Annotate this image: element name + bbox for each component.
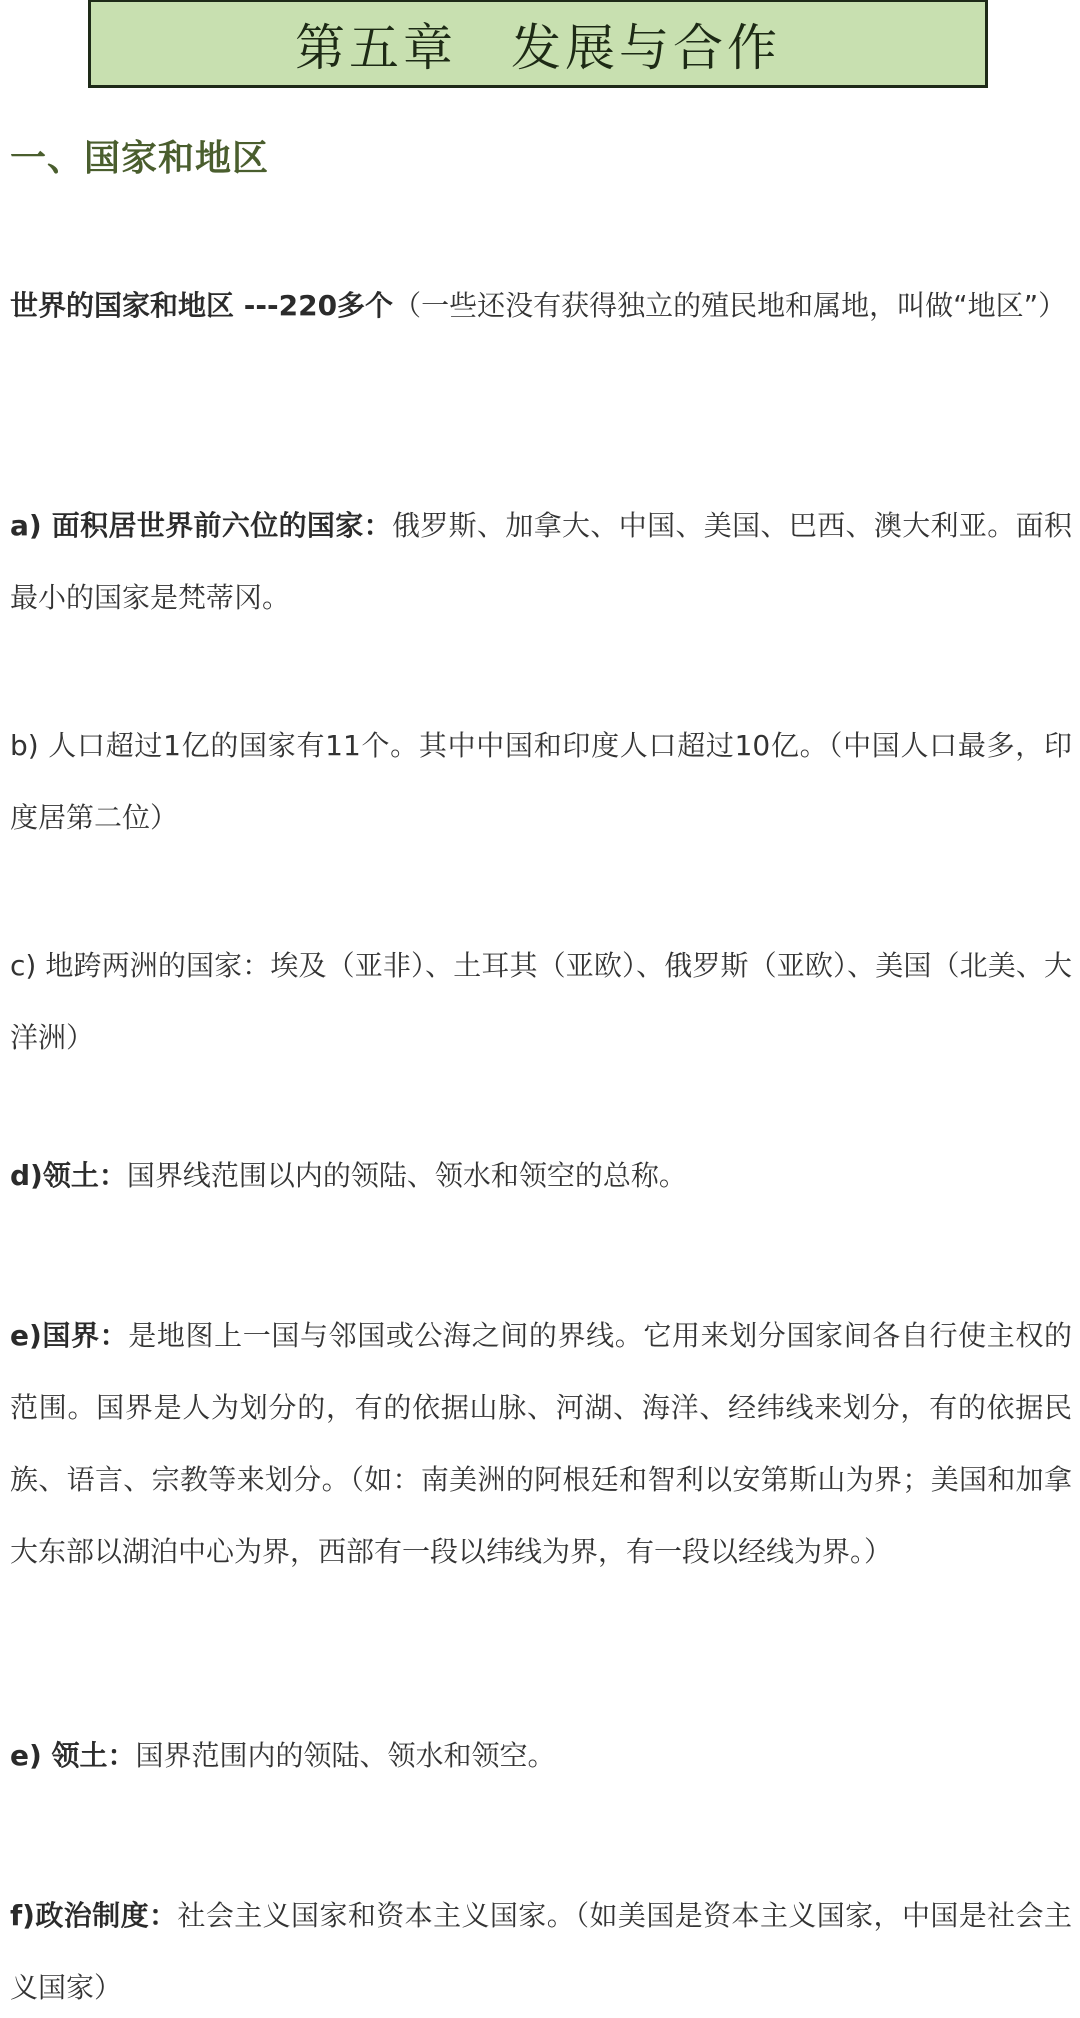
paragraph-lead: d)领土： xyxy=(10,1159,127,1192)
paragraph-territory-scope: e) 领土：国界范围内的领陆、领水和领空。 xyxy=(10,1720,1072,1792)
paragraph-area-ranking: a) 面积居世界前六位的国家：俄罗斯、加拿大、中国、美国、巴西、澳大利亚。面积最… xyxy=(10,490,1072,634)
paragraph-political-system: f)政治制度：社会主义国家和资本主义国家。（如美国是资本主义国家，中国是社会主义… xyxy=(10,1880,1072,2018)
paragraph-body: 国界线范围以内的领陆、领水和领空的总称。 xyxy=(127,1159,687,1192)
section-heading: 一、国家和地区 xyxy=(10,130,269,181)
paragraph-border-definition: e)国界：是地图上一国与邻国或公海之间的界线。它用来划分国家间各自行使主权的范围… xyxy=(10,1300,1072,1588)
chapter-title-banner: 第五章 发展与合作 xyxy=(88,0,988,88)
paragraph-lead: e)国界： xyxy=(10,1319,128,1352)
paragraph-population: b) 人口超过1亿的国家有11个。其中中国和印度人口超过10亿。（中国人口最多，… xyxy=(10,710,1072,854)
paragraph-body: c) 地跨两洲的国家：埃及（亚非）、土耳其（亚欧）、俄罗斯（亚欧）、美国（北美、… xyxy=(10,949,1072,1054)
paragraph-lead: 世界的国家和地区 ---220多个 xyxy=(10,289,393,322)
paragraph-body: b) 人口超过1亿的国家有11个。其中中国和印度人口超过10亿。（中国人口最多，… xyxy=(10,729,1072,834)
paragraph-body: （一些还没有获得独立的殖民地和属地，叫做“地区”） xyxy=(393,289,1066,322)
paragraph-lead: e) 领土： xyxy=(10,1739,136,1772)
paragraph-lead: a) 面积居世界前六位的国家： xyxy=(10,509,392,542)
paragraph-body: 国界范围内的领陆、领水和领空。 xyxy=(136,1739,556,1772)
chapter-title: 第五章 发展与合作 xyxy=(295,8,781,80)
paragraph-body: 是地图上一国与邻国或公海之间的界线。它用来划分国家间各自行使主权的范围。国界是人… xyxy=(10,1319,1072,1568)
paragraph-transcontinental: c) 地跨两洲的国家：埃及（亚非）、土耳其（亚欧）、俄罗斯（亚欧）、美国（北美、… xyxy=(10,930,1072,1074)
paragraph-world-countries: 世界的国家和地区 ---220多个（一些还没有获得独立的殖民地和属地，叫做“地区… xyxy=(10,270,1072,342)
paragraph-territory-definition: d)领土：国界线范围以内的领陆、领水和领空的总称。 xyxy=(10,1140,1072,1212)
paragraph-lead: f)政治制度： xyxy=(10,1899,177,1932)
